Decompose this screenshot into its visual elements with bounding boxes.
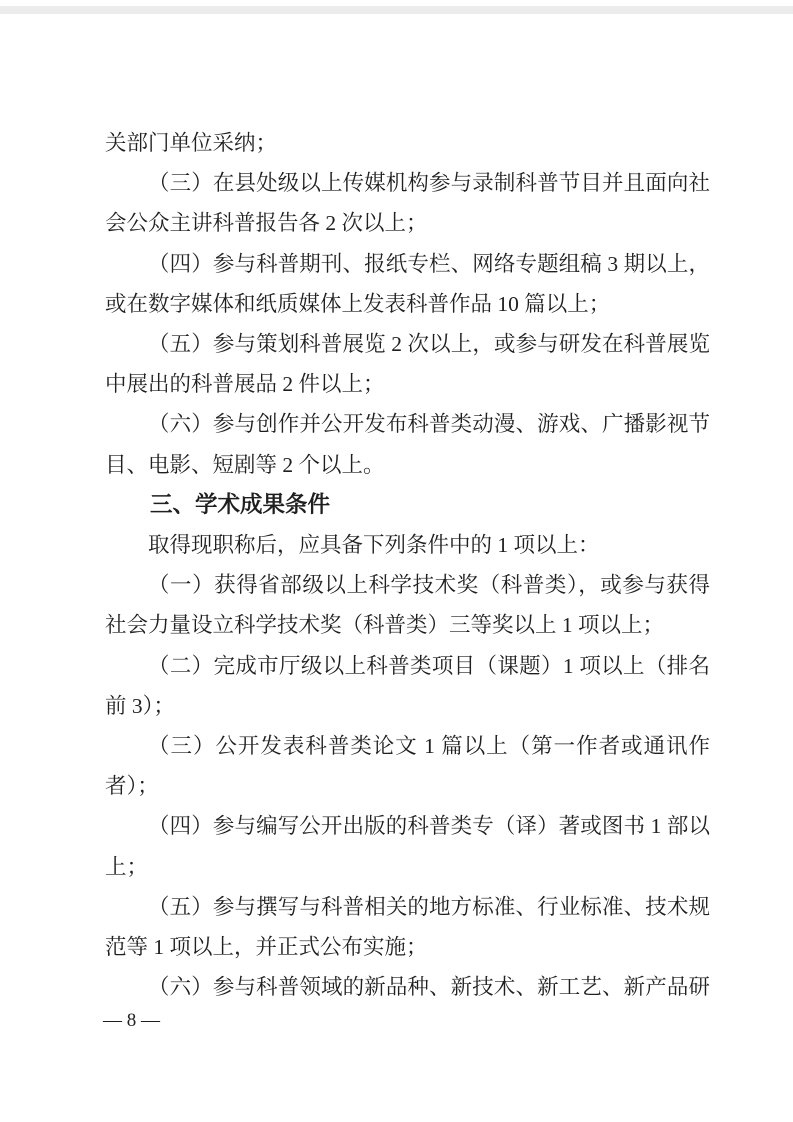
academic-item-4: （四）参与编写公开出版的科普类专（译）著或图书 1 部以 上； xyxy=(105,806,710,886)
text-line: 上； xyxy=(105,847,710,887)
academic-item-2: （二）完成市厅级以上科普类项目（课题）1 项以上（排名 前 3）； xyxy=(105,646,710,726)
text-line: （三）公开发表科普类论文 1 篇以上（第一作者或通讯作 xyxy=(105,726,710,766)
paragraph-continuation: 关部门单位采纳； xyxy=(105,123,710,163)
text-line: 社会力量设立科学技术奖（科普类）三等奖以上 1 项以上； xyxy=(105,605,710,645)
section-heading-academic-achievements: 三、学术成果条件 xyxy=(105,485,710,525)
academic-item-1: （一）获得省部级以上科学技术奖（科普类），或参与获得 社会力量设立科学技术奖（科… xyxy=(105,565,710,645)
condition-item-3: （三）在县处级以上传媒机构参与录制科普节目并且面向社 会公众主讲科普报告各 2 … xyxy=(105,163,710,243)
text-line: （六）参与创作并公开发布科普类动漫、游戏、广播影视节 xyxy=(105,404,710,444)
academic-item-5: （五）参与撰写与科普相关的地方标准、行业标准、技术规 范等 1 项以上，并正式公… xyxy=(105,887,710,967)
text-line: （一）获得省部级以上科学技术奖（科普类），或参与获得 xyxy=(105,565,710,605)
academic-item-3: （三）公开发表科普类论文 1 篇以上（第一作者或通讯作 者）； xyxy=(105,726,710,806)
page-number: — 8 — xyxy=(103,1008,160,1034)
scan-edge-band xyxy=(0,6,793,14)
text-line: 目、电影、短剧等 2 个以上。 xyxy=(105,445,710,485)
academic-item-6: （六）参与科普领域的新品种、新技术、新工艺、新产品研 xyxy=(105,967,710,1007)
text-line: 范等 1 项以上，并正式公布实施； xyxy=(105,927,710,967)
text-line: 者）； xyxy=(105,766,710,806)
text-line: 关部门单位采纳； xyxy=(105,123,710,163)
text-line: 或在数字媒体和纸质媒体上发表科普作品 10 篇以上； xyxy=(105,284,710,324)
condition-item-4: （四）参与科普期刊、报纸专栏、网络专题组稿 3 期以上， 或在数字媒体和纸质媒体… xyxy=(105,244,710,324)
academic-intro-line: 取得现职称后，应具备下列条件中的 1 项以上： xyxy=(105,525,710,565)
text-line: （四）参与科普期刊、报纸专栏、网络专题组稿 3 期以上， xyxy=(105,244,710,284)
text-line: （二）完成市厅级以上科普类项目（课题）1 项以上（排名 xyxy=(105,646,710,686)
condition-item-6: （六）参与创作并公开发布科普类动漫、游戏、广播影视节 目、电影、短剧等 2 个以… xyxy=(105,404,710,484)
condition-item-5: （五）参与策划科普展览 2 次以上，或参与研发在科普展览 中展出的科普展品 2 … xyxy=(105,324,710,404)
text-line: 会公众主讲科普报告各 2 次以上； xyxy=(105,203,710,243)
document-page: 关部门单位采纳； （三）在县处级以上传媒机构参与录制科普节目并且面向社 会公众主… xyxy=(0,0,793,1122)
text-line: 取得现职称后，应具备下列条件中的 1 项以上： xyxy=(105,525,710,565)
document-body: 关部门单位采纳； （三）在县处级以上传媒机构参与录制科普节目并且面向社 会公众主… xyxy=(105,123,710,1007)
text-line: （五）参与撰写与科普相关的地方标准、行业标准、技术规 xyxy=(105,887,710,927)
text-line: （三）在县处级以上传媒机构参与录制科普节目并且面向社 xyxy=(105,163,710,203)
text-line: （四）参与编写公开出版的科普类专（译）著或图书 1 部以 xyxy=(105,806,710,846)
text-line: （六）参与科普领域的新品种、新技术、新工艺、新产品研 xyxy=(105,967,710,1007)
section-heading: 三、学术成果条件 xyxy=(105,485,710,525)
text-line: 中展出的科普展品 2 件以上； xyxy=(105,364,710,404)
text-line: 前 3）； xyxy=(105,686,710,726)
text-line: （五）参与策划科普展览 2 次以上，或参与研发在科普展览 xyxy=(105,324,710,364)
